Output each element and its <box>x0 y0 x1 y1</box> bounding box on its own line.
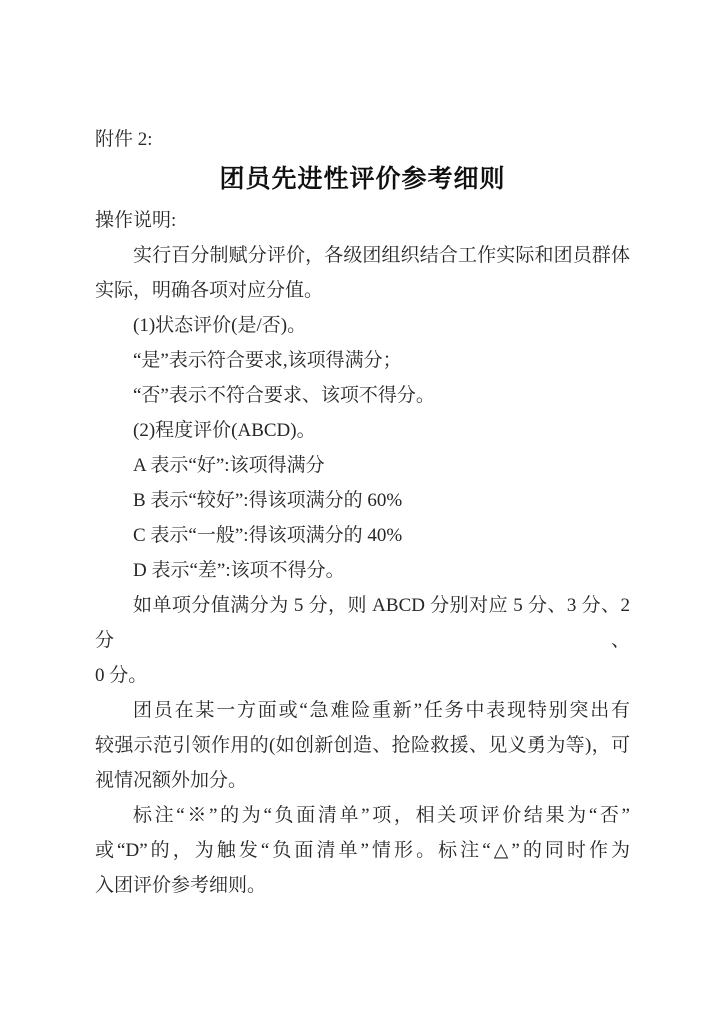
text-line: 团员在某一方面或“急难险重新”任务中表现特别突出有 <box>95 693 630 728</box>
text-line: D 表示“差”:该项不得分。 <box>95 553 630 588</box>
document-page: 附件 2: 团员先进性评价参考细则 操作说明: 实行百分制赋分评价，各级团组织结… <box>0 0 720 1018</box>
text-line: “是”表示符合要求,该项得满分； <box>95 343 630 378</box>
text-line: 标注“※”的为“负面清单”项，相关项评价结果为“否” <box>95 798 630 833</box>
text-line: “否”表示不符合要求、该项不得分。 <box>95 378 630 413</box>
text-line: 或“D”的，为触发“负面清单”情形。标注“△”的同时作为 <box>95 833 630 868</box>
text-line: 实行百分制赋分评价，各级团组织结合工作实际和团员群体 <box>95 238 630 273</box>
text-line: C 表示“一般”:得该项满分的 40% <box>95 518 630 553</box>
text-line: 如单项分值满分为 5 分，则 ABCD 分别对应 5 分、3 分、2 分、 <box>95 588 630 658</box>
text-line: 入团评价参考细则。 <box>95 868 630 903</box>
text-line: (1)状态评价(是/否)。 <box>95 308 630 343</box>
text-line: B 表示“较好”:得该项满分的 60% <box>95 483 630 518</box>
text-line: 0 分。 <box>95 658 630 693</box>
document-title: 团员先进性评价参考细则 <box>95 157 630 203</box>
document-body: 实行百分制赋分评价，各级团组织结合工作实际和团员群体实际，明确各项对应分值。(1… <box>95 238 630 903</box>
attachment-label: 附件 2: <box>95 122 630 157</box>
section-label: 操作说明: <box>95 203 630 238</box>
text-line: 实际，明确各项对应分值。 <box>95 273 630 308</box>
text-line: 视情况额外加分。 <box>95 763 630 798</box>
text-line: A 表示“好”:该项得满分 <box>95 448 630 483</box>
text-line: (2)程度评价(ABCD)。 <box>95 413 630 448</box>
text-line: 较强示范引领作用的(如创新创造、抢险救援、见义勇为等)，可 <box>95 728 630 763</box>
